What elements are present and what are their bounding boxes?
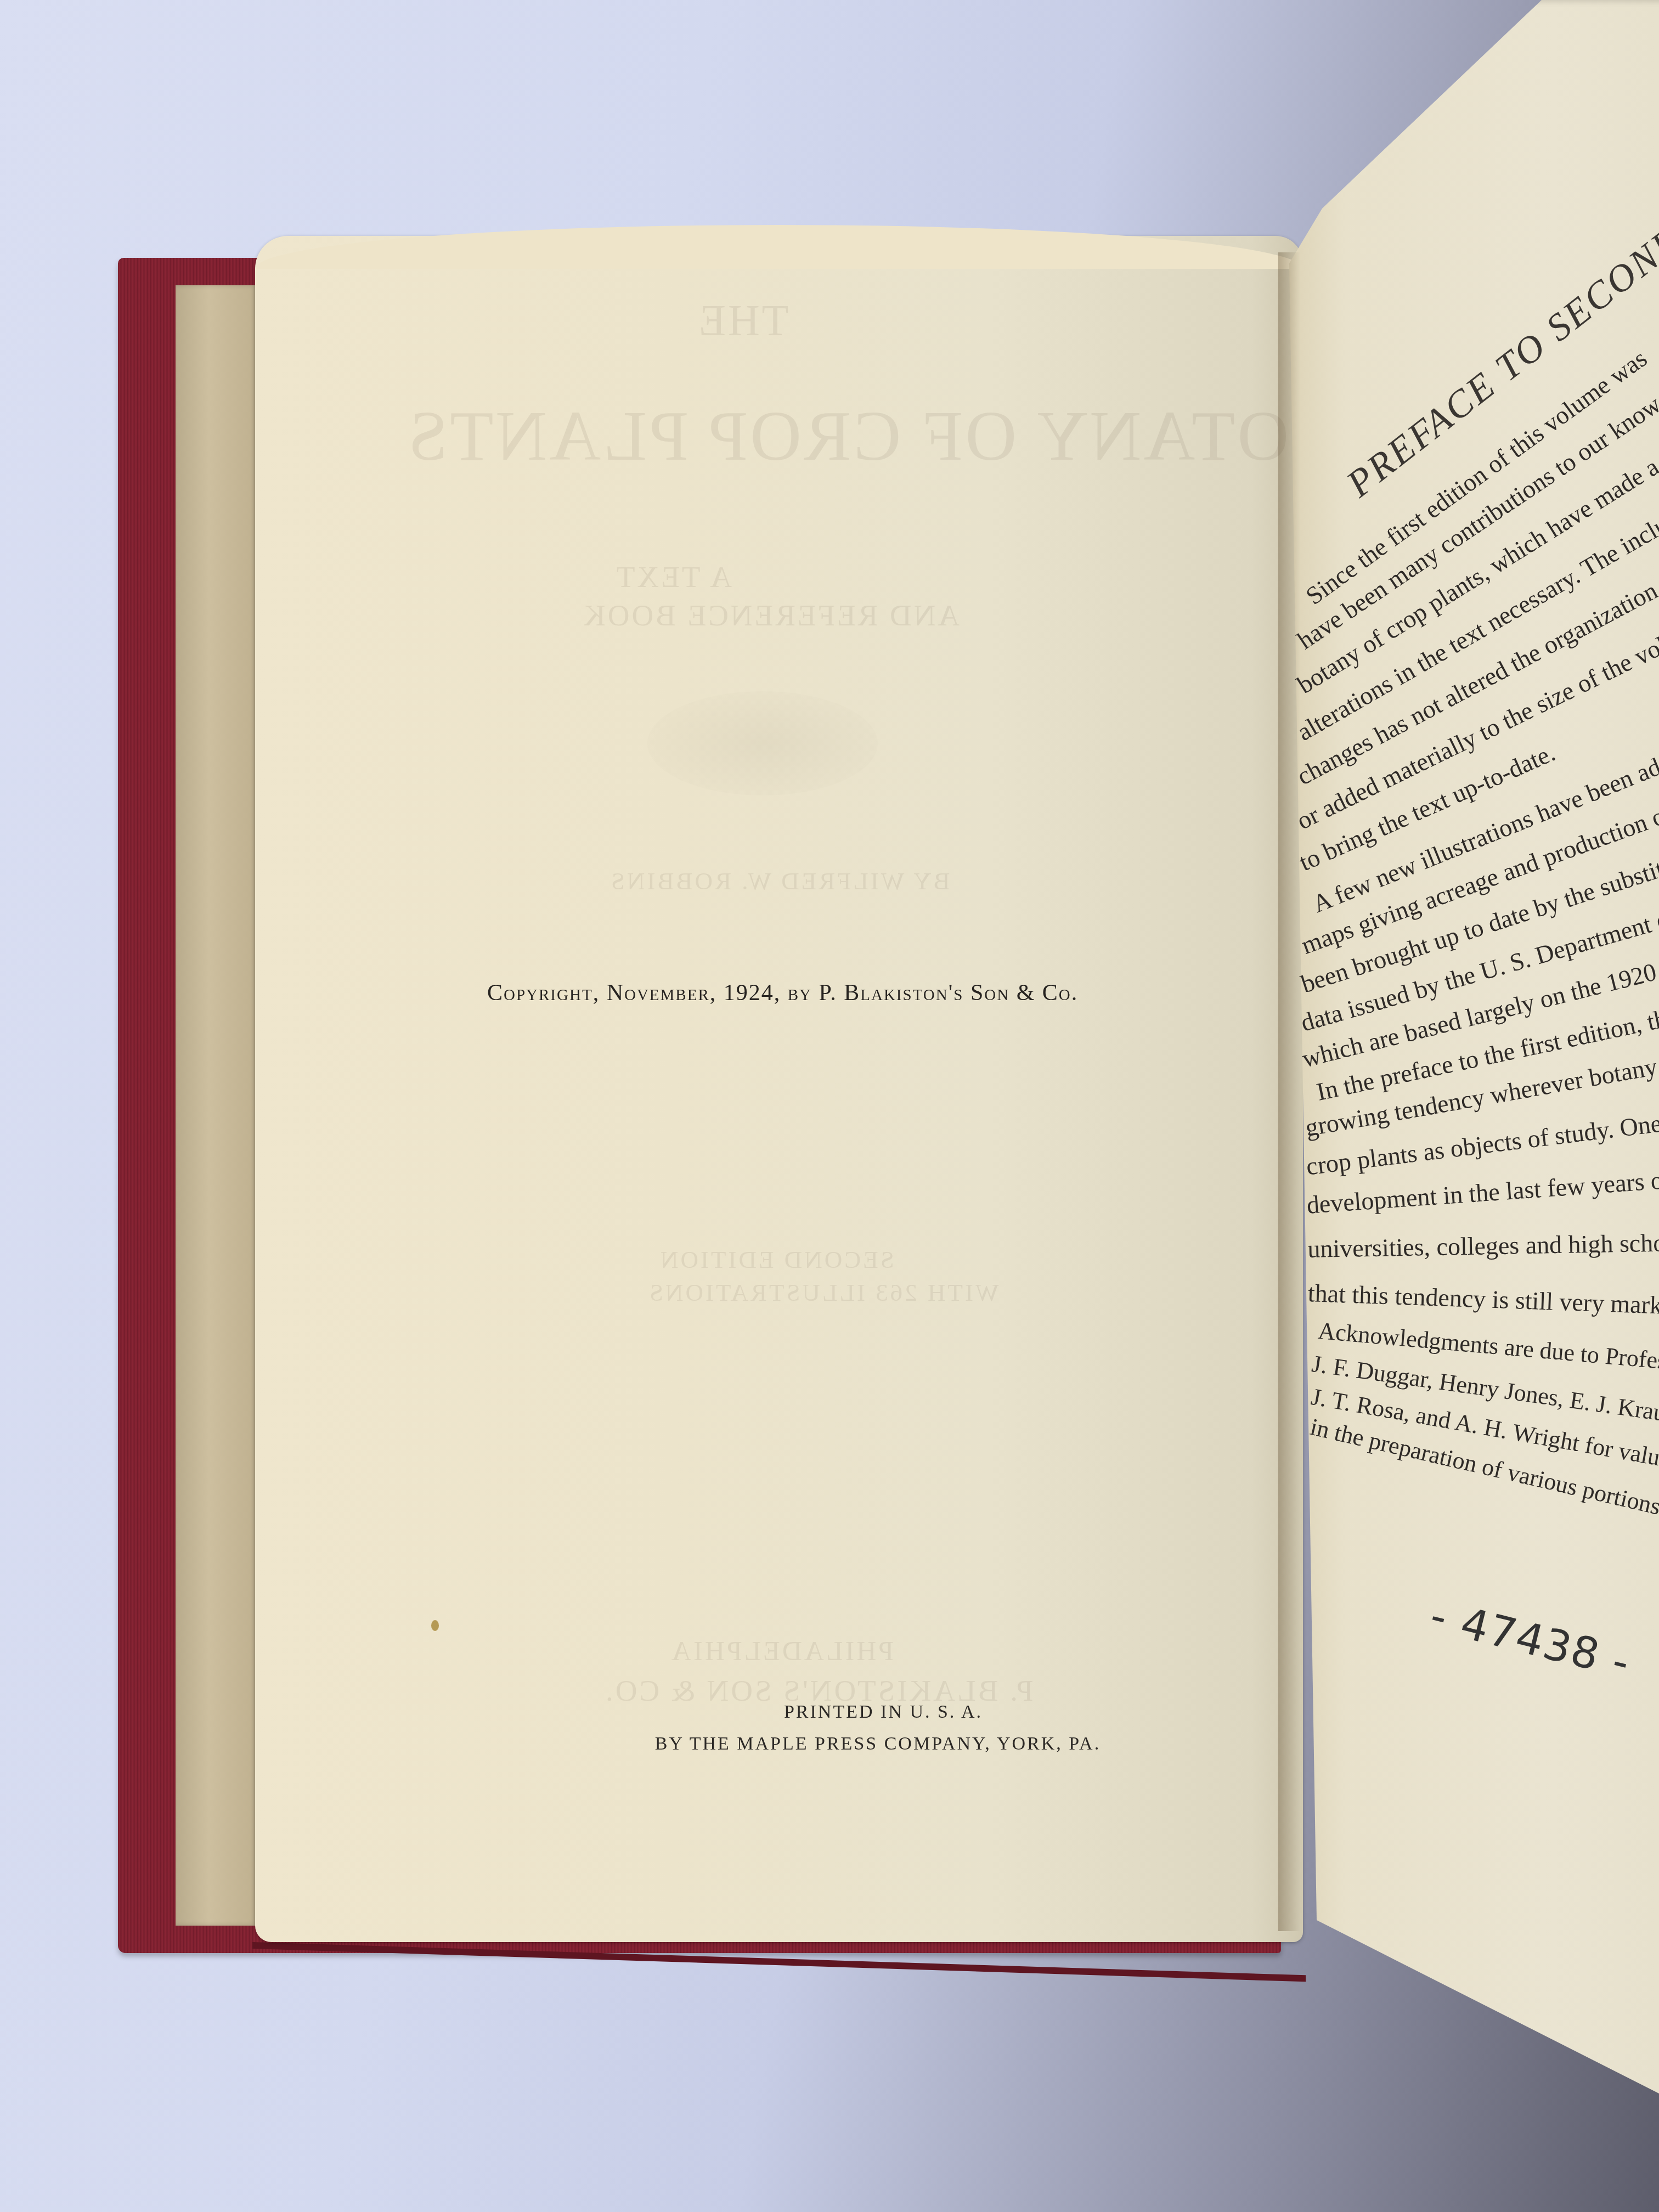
show-through-city: PHILADELPHIA (669, 1635, 894, 1667)
endpaper-strip (176, 285, 258, 1926)
copyright-notice: Copyright, November, 1924, by P. Blakist… (487, 980, 1078, 1006)
show-through-edition: SECOND EDITION (658, 1245, 894, 1274)
printer-line: BY THE MAPLE PRESS COMPANY, YORK, PA. (603, 1734, 1152, 1754)
paper-stain (431, 1620, 439, 1631)
show-through-title-line1: THE (697, 296, 789, 346)
show-through-emblem (647, 691, 878, 795)
show-through-title-line2: BOTANY OF CROP PLANTS (406, 395, 1339, 477)
show-through-author: BY WILFRED W. ROBBINS (609, 867, 950, 895)
show-through-illustrations: WITH 263 ILLUSTRATIONS (647, 1278, 998, 1307)
gutter-shadow (1278, 252, 1300, 1931)
show-through-subtitle-line2: AND REFERENCE BOOK (582, 598, 960, 633)
printed-in-line: PRINTED IN U. S. A. (741, 1702, 1026, 1723)
show-through-subtitle-line1: A TEXT (614, 560, 732, 594)
